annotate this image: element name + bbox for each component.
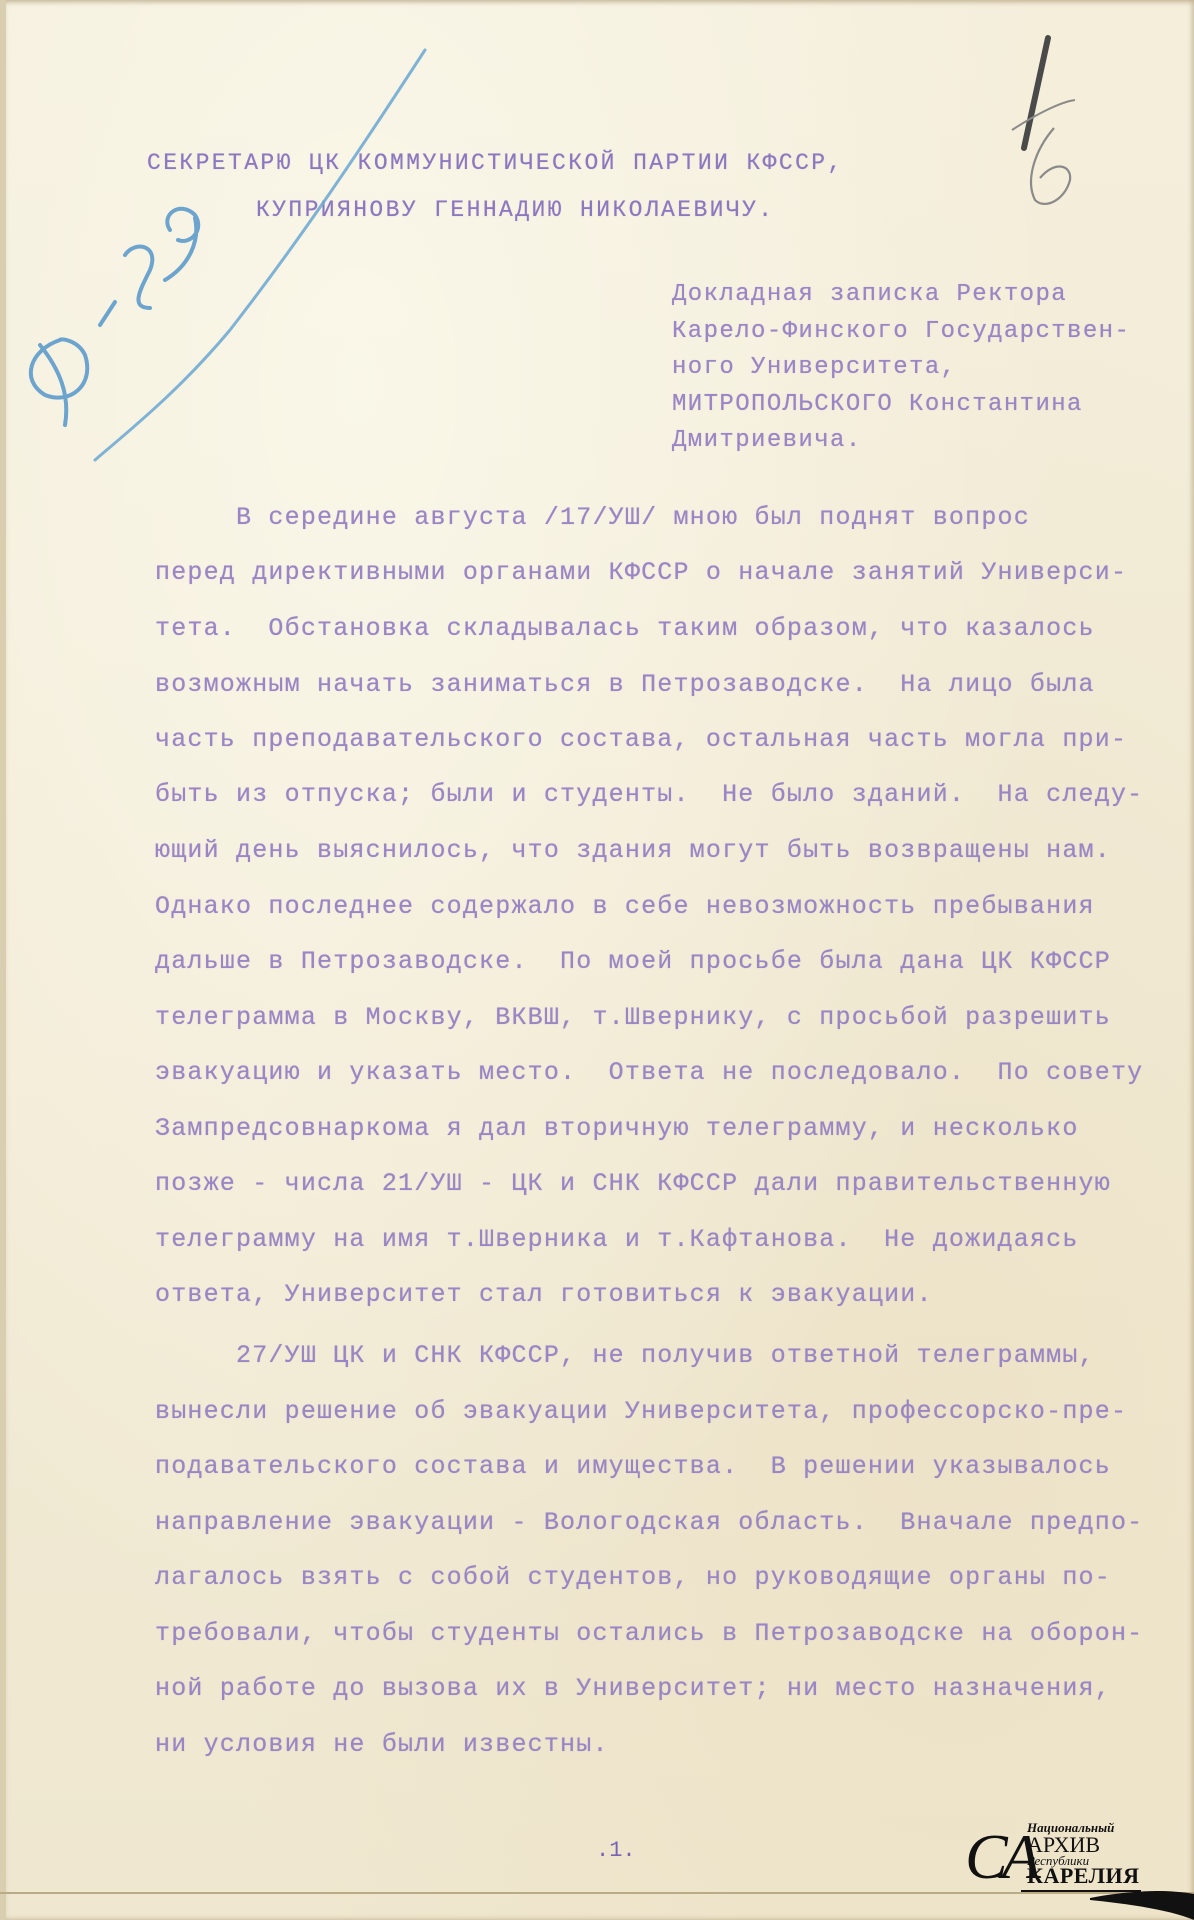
logo-line-4: КАРЕЛИЯ (1027, 1863, 1140, 1889)
body-line: ни условия не были известны. (155, 1730, 609, 1759)
body-line: ответа, Университет стал готовиться к эв… (155, 1280, 933, 1309)
body-line: позже - числа 21/УШ - ЦК и СНК КФССР дал… (155, 1169, 1111, 1198)
subject-line: Дмитриевича. (672, 423, 1130, 460)
body-line: подавательского состава и имущества. В р… (155, 1452, 1111, 1481)
body-line: телеграмму на имя т.Шверника и т.Кафтано… (155, 1225, 1079, 1254)
quill-feather-icon (1090, 1888, 1194, 1920)
body-line: направление эвакуации - Вологодская обла… (155, 1508, 1143, 1537)
body-line: требовали, чтобы студенты остались в Пет… (155, 1619, 1143, 1648)
subject-block: Докладная записка Ректора Карело-Финског… (672, 277, 1130, 460)
archive-logo: CA Национальный АРХИВ Республики КАРЕЛИЯ (965, 1810, 1194, 1920)
body-line: лагалось взять с собой студентов, но рук… (155, 1563, 1111, 1592)
subject-line: ного Университета, (672, 350, 1130, 387)
body-line: возможным начать заниматься в Петрозавод… (155, 670, 1095, 699)
subject-line: МИТРОПОЛЬСКОГО Константина (672, 387, 1130, 424)
body-line: дальше в Петрозаводске. По моей просьбе … (155, 947, 1111, 976)
body-line: тета. Обстановка складывалась таким обра… (155, 614, 1095, 643)
folio-number-mark-icon (990, 30, 1100, 210)
body-line: часть преподавательского состава, осталь… (155, 725, 1127, 754)
page-number: .1. (596, 1838, 636, 1863)
body-line: вынесли решение об эвакуации Университет… (155, 1397, 1127, 1426)
body-line: В середине августа /17/УШ/ мною был подн… (155, 503, 1030, 532)
logo-monogram-icon: CA (965, 1820, 1035, 1894)
body-line: перед директивными органами КФССР о нача… (155, 558, 1127, 587)
body-line: ющий день выяснилось, что здания могут б… (155, 836, 1111, 865)
subject-line: Карело-Финского Государствен- (672, 314, 1130, 351)
blue-pencil-annotation-icon (0, 40, 460, 480)
body-line: телеграмма в Москву, ВКВШ, т.Швернику, с… (155, 1003, 1111, 1032)
body-line: эвакуацию и указать место. Ответа не пос… (155, 1058, 1143, 1087)
body-line: Однако последнее содержало в себе невозм… (155, 892, 1095, 921)
body-line: 27/УШ ЦК и СНК КФССР, не получив ответно… (155, 1341, 1095, 1370)
document-page: СЕКРЕТАРЮ ЦК КОММУНИСТИЧЕСКОЙ ПАРТИИ КФС… (0, 0, 1194, 1920)
subject-line: Докладная записка Ректора (672, 277, 1130, 314)
body-line: Зампредсовнаркома я дал вторичную телегр… (155, 1114, 1079, 1143)
body-line: ной работе до вызова их в Университет; н… (155, 1674, 1111, 1703)
body-line: быть из отпуска; были и студенты. Не был… (155, 780, 1143, 809)
